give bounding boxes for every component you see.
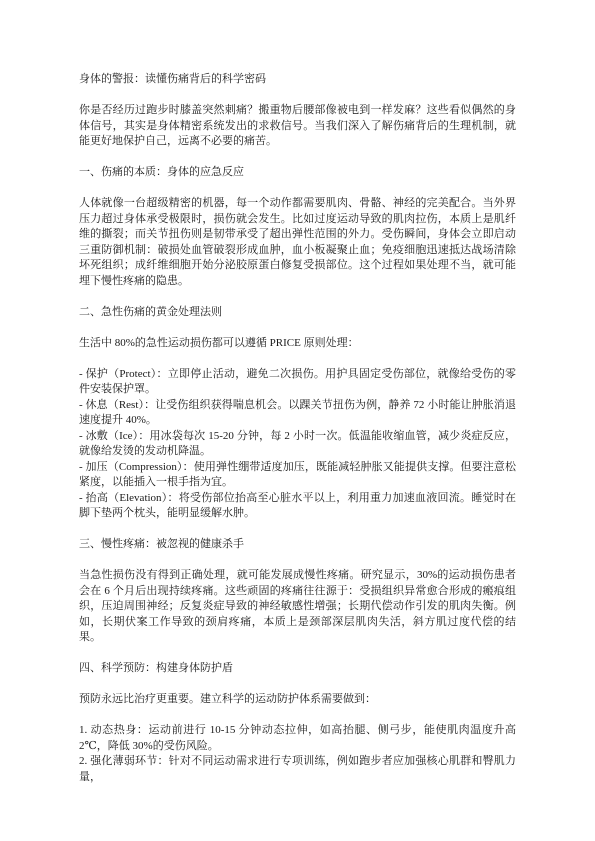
section-2-paragraph: 生活中 80%的急性运动损伤都可以遵循 PRICE 原则处理： — [79, 336, 516, 352]
document-page: 身体的警报：读懂伤痛背后的科学密码 你是否经历过跑步时膝盖突然刺痛？搬重物后腰部… — [0, 0, 595, 841]
section-4-paragraph: 预防永远比治疗更重要。建立科学的运动防护体系需要做到： — [79, 692, 516, 708]
price-list-item-protect: - 保护（Protect）：立即停止活动，避免二次损伤。用护具固定受伤部位，就像… — [79, 367, 516, 398]
prevention-list: 1. 动态热身：运动前进行 10-15 分钟动态拉伸，如高抬腿、侧弓步，能使肌肉… — [79, 723, 516, 785]
price-list-item-rest: - 休息（Rest）：让受伤组织获得喘息机会。以踝关节扭伤为例，静养 72 小时… — [79, 398, 516, 429]
section-3-paragraph: 当急性损伤没有得到正确处理，就可能发展成慢性疼痛。研究显示，30%的运动损伤患者… — [79, 568, 516, 646]
section-2-heading: 二、急性伤痛的黄金处理法则 — [79, 305, 516, 321]
section-3-heading: 三、慢性疼痛：被忽视的健康杀手 — [79, 537, 516, 553]
price-list-item-compression: - 加压（Compression）：使用弹性绷带适度加压，既能减轻肿胀又能提供支… — [79, 460, 516, 491]
price-principle-list: - 保护（Protect）：立即停止活动，避免二次损伤。用护具固定受伤部位，就像… — [79, 367, 516, 522]
price-list-item-ice: - 冰敷（Ice）：用冰袋每次 15-20 分钟，每 2 小时一次。低温能收缩血… — [79, 429, 516, 460]
section-1-paragraph: 人体就像一台超级精密的机器，每一个动作都需要肌肉、骨骼、神经的完美配合。当外界压… — [79, 196, 516, 289]
section-1-heading: 一、伤痛的本质：身体的应急反应 — [79, 165, 516, 181]
prevention-list-item-2: 2. 强化薄弱环节：针对不同运动需求进行专项训练，例如跑步者应加强核心肌群和臀肌… — [79, 754, 516, 785]
prevention-list-item-1: 1. 动态热身：运动前进行 10-15 分钟动态拉伸，如高抬腿、侧弓步，能使肌肉… — [79, 723, 516, 754]
section-4-heading: 四、科学预防：构建身体防护盾 — [79, 661, 516, 677]
price-list-item-elevation: - 抬高（Elevation）：将受伤部位抬高至心脏水平以上，利用重力加速血液回… — [79, 491, 516, 522]
intro-paragraph: 你是否经历过跑步时膝盖突然刺痛？搬重物后腰部像被电到一样发麻？这些看似偶然的身体… — [79, 103, 516, 150]
document-title: 身体的警报：读懂伤痛背后的科学密码 — [79, 72, 516, 88]
